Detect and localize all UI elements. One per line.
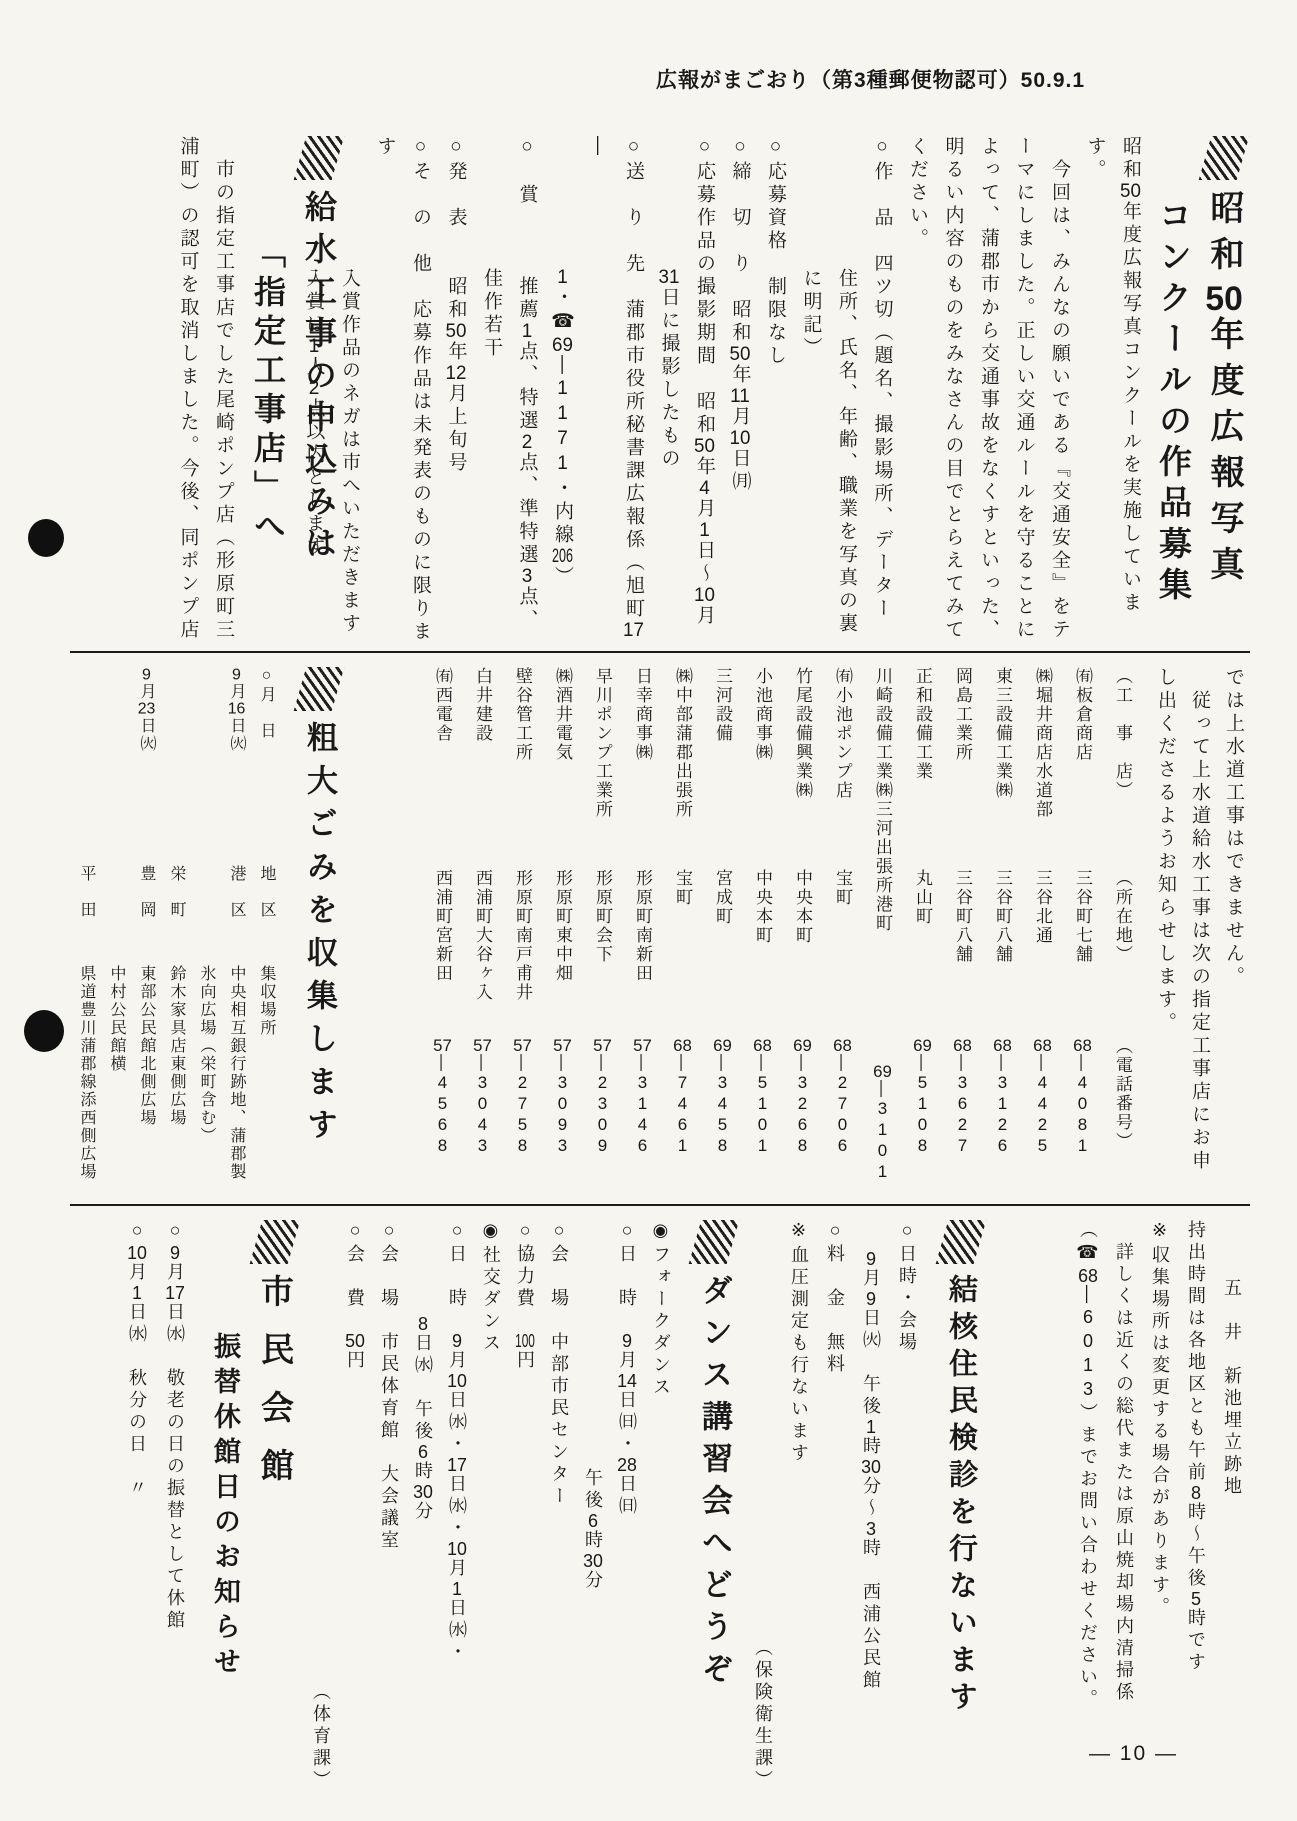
heading-line: 結核住民検診を行ないます <box>937 1220 985 1792</box>
garbage-schedule-table: ○月 日地 区集収場所9月16日㈫港 区中央相互銀行跡地、蒲郡製氷向広場（栄町含… <box>70 667 281 1192</box>
heading-line: 粗大ごみを収集します <box>293 667 345 1192</box>
cell-tel: 69—5108 <box>902 1037 942 1157</box>
cell-date <box>161 667 191 865</box>
cell-tel: （電話番号） <box>1102 1037 1142 1151</box>
contractor-row: 竹尾設備興業㈱中央本町69—3268 <box>782 667 822 1192</box>
garbage-row: 栄 町鈴木家具店東側広場 <box>161 667 191 1192</box>
text-column: ※収集場所は変更する場合があります。 <box>1142 1220 1178 1792</box>
cell-name: ㈲西電舎 <box>422 667 462 869</box>
text-column: （保険衛生課） <box>745 1220 781 1792</box>
article-civic-hall: 市民会館 振替休館日のお知らせ ○9月17日㈬ 敬老の日の振替として休館○10月… <box>70 1220 302 1792</box>
cell-loc: 形原町会下 <box>582 869 622 1037</box>
text-column: ○送 り 先 蒲郡市役所秘書課広報係（旭町17— <box>580 136 651 651</box>
contractor-table: （工 事 店）（所在地）（電話番号）㈲板倉商店三谷町七舗68—4081㈱堀井商店… <box>345 667 1142 1192</box>
cell-name: 白井建設 <box>462 667 502 869</box>
water-works-body: 市の指定工事店でした尾崎ポンプ店（形原町三浦町）の認可を取消しました。今後、同ポ… <box>70 136 241 651</box>
dance-course-body: ◉フォークダンス○日 時 9月14日㈰・28日㈰午後6時30分○会 場 中部市民… <box>302 1220 678 1792</box>
cell-name: ㈱堀井商店水道部 <box>1022 667 1062 869</box>
text-column: ○発 表 昭和50年12月上旬号 <box>438 136 474 651</box>
contractor-row: ㈱中部蒲郡出張所宝町68—7461 <box>662 667 702 1192</box>
cell-loc: 宝町 <box>662 869 702 1037</box>
cell-loc: 東部公民館北側広場 <box>131 965 161 1133</box>
text-column: では上水道工事はできません。 <box>1216 667 1250 1192</box>
cell-name: 東三設備工業㈱ <box>982 667 1022 869</box>
garbage-row: 中村公民館横 <box>101 667 131 1192</box>
cell-dist <box>101 865 131 965</box>
cell-name: ㈲小池ポンプ店 <box>822 667 862 869</box>
text-column: （☎68—6013）までお問い合わせください。 <box>1070 1220 1106 1792</box>
text-column: に明記） <box>793 136 829 651</box>
page-number: — 10 — <box>1089 1742 1178 1766</box>
text-column: 詳しくは近くの総代または原山焼却場内清掃係 <box>1106 1220 1142 1792</box>
cell-tel: 57—3146 <box>622 1037 662 1157</box>
cell-dist: 豊 岡 <box>131 865 161 965</box>
hatch-mark-icon <box>689 1220 740 1264</box>
cell-date <box>71 667 101 865</box>
cell-tel: 68—7461 <box>662 1037 702 1157</box>
text-column: ○会 場 中部市民センター <box>542 1220 576 1792</box>
heading-line: 振替休館日のお知らせ <box>202 1220 248 1792</box>
cell-name: 竹尾設備興業㈱ <box>782 667 822 869</box>
photo-contest-heading: 昭和50年度広報写真 コンクールの作品募集 <box>1148 136 1250 651</box>
cell-dist: 地 区 <box>251 865 281 965</box>
cell-tel: 68—4081 <box>1062 1037 1102 1157</box>
cell-loc: 形原町南新田 <box>622 869 662 1037</box>
text-column: 1・☎69—1171・内線206） <box>545 136 581 651</box>
text-column: ○作 品 四ツ切（題名、撮影場所、データー <box>864 136 900 651</box>
cell-tel: 57—4568 <box>422 1037 462 1157</box>
heading-text: 市民会館 <box>257 1274 294 1506</box>
cell-name: 三河設備 <box>702 667 742 869</box>
heading-text: 粗大ごみを収集します <box>302 721 337 1151</box>
article-photo-contest: 昭和50年度広報写真 コンクールの作品募集 昭和50年度広報写真コンクールを実施… <box>345 136 1250 651</box>
text-column: 浦町）の認可を取消しました。今後、同ポンプ店 <box>170 136 206 651</box>
text-column: ください。 <box>900 136 936 651</box>
cell-loc: 県道豊川蒲郡線添西側広場 <box>71 965 101 1181</box>
hatch-mark-icon <box>1199 136 1250 180</box>
cell-tel: 57—2758 <box>502 1037 542 1157</box>
masthead: 広報がまごおり（第3種郵便物認可）50.9.1 <box>656 64 1250 94</box>
cell-dist: 港 区 <box>191 865 251 965</box>
text-column: 従って上水道給水工事は次の指定工事店にお申 <box>1182 667 1216 1192</box>
cell-dist: 栄 町 <box>161 865 191 965</box>
contractor-row: （工 事 店）（所在地）（電話番号） <box>1102 667 1142 1192</box>
cell-loc: 中央相互銀行跡地、蒲郡製氷向広場（栄町含む） <box>191 965 251 1192</box>
text-column: 市の指定工事店でした尾崎ポンプ店（形原町三 <box>206 136 242 651</box>
hatch-mark-icon <box>250 1220 301 1264</box>
text-column: ○協力費 100円 <box>508 1220 542 1792</box>
cell-name: 正和設備工業 <box>902 667 942 869</box>
cell-tel: 69—3458 <box>702 1037 742 1157</box>
text-column: ○10月1日㈬ 秋分の日 〃 <box>118 1220 156 1792</box>
text-column: 入賞は1人2点以内とします <box>296 136 332 651</box>
newsletter-page: 広報がまごおり（第3種郵便物認可）50.9.1 昭和50年度広報写真 コンクール… <box>70 64 1250 1792</box>
hatch-mark-icon <box>936 1220 987 1264</box>
text-column: ○日 時 9月10日㈬・17日㈬・10月1日㈬・ <box>440 1220 474 1792</box>
text-column: 31日に撮影したもの <box>651 136 687 651</box>
cell-name: 日幸商事㈱ <box>622 667 662 869</box>
text-column: 午後6時30分 <box>576 1220 610 1792</box>
cell-loc: 三谷町七舗 <box>1062 869 1102 1037</box>
cell-name: ㈱中部蒲郡出張所 <box>662 667 702 869</box>
cell-tel: 68—2706 <box>822 1037 862 1157</box>
cell-loc: 中央本町 <box>782 869 822 1037</box>
contractor-row: 早川ポンプ工業所形原町会下57—2309 <box>582 667 622 1192</box>
cell-tel: 69—3268 <box>782 1037 822 1157</box>
civic-hall-body: ○9月17日㈬ 敬老の日の振替として休館○10月1日㈬ 秋分の日 〃 <box>70 1220 194 1792</box>
heading-text: 昭和50年度広報写真 <box>1205 190 1243 592</box>
punch-hole <box>24 1010 64 1052</box>
cell-tel: 68—3627 <box>942 1037 982 1157</box>
text-column: 今回は、みんなの願いである『交通安全』をテ <box>1042 136 1078 651</box>
heading-text: ダンス講習会へどうぞ <box>697 1274 732 1694</box>
text-column: ○締 切 り 昭和50年11月10日㈪ <box>722 136 758 651</box>
text-column: ○そ の 他 応募作品は未発表のものに限ります <box>367 136 438 651</box>
dance-course-heading: ダンス講習会へどうぞ <box>678 1220 740 1792</box>
cell-name: 早川ポンプ工業所 <box>582 667 622 869</box>
contractor-row: 日幸商事㈱形原町南新田57—3146 <box>622 667 662 1192</box>
cell-name: ㈲板倉商店 <box>1062 667 1102 869</box>
text-column: ーマにしました。正しい交通ルールを守ることに <box>1006 136 1042 651</box>
cell-loc: 西浦町宮新田 <box>422 869 462 1037</box>
text-column: ○会 場 市民体育館 大会議室 <box>372 1220 406 1792</box>
cell-dist: 平 田 <box>71 865 101 965</box>
text-column: ○応募資格 制限なし <box>758 136 794 651</box>
article-dance-course: ダンス講習会へどうぞ ◉フォークダンス○日 時 9月14日㈰・28日㈰午後6時3… <box>302 1220 740 1792</box>
contractor-row: 岡島工業所三谷町八舗68—3627 <box>942 667 982 1192</box>
cell-name: 岡島工業所 <box>942 667 982 869</box>
cell-loc: 中村公民館横 <box>101 965 131 1133</box>
cell-loc: 中央本町 <box>742 869 782 1037</box>
cell-loc: 形原町南戸甫井 <box>502 869 542 1037</box>
cell-loc: （所在地） <box>1102 869 1142 1037</box>
heading-text: 結核住民検診を行ないます <box>945 1274 977 1718</box>
civic-hall-heading: 市民会館 振替休館日のお知らせ <box>194 1220 302 1792</box>
garbage-row: ○月 日地 区集収場所 <box>251 667 281 1192</box>
cell-loc: 三谷町八舗 <box>982 869 1022 1037</box>
contractor-row: 三河設備宮成町69—3458 <box>702 667 742 1192</box>
text-column: 住所、氏名、年齢、職業を写真の裏 <box>829 136 865 651</box>
tb-checkup-body: ○日時・会場9月9日㈫ 午後1時30分～3時 西浦公民館○料 金 無料※血圧測定… <box>740 1220 925 1792</box>
garbage-schedule-continued: 五 井 新池埋立跡地持出時間は各地区とも午前8時～午後5時です※収集場所は変更す… <box>985 1220 1250 1792</box>
text-column: す。 <box>1077 136 1113 651</box>
middle-band: では上水道工事はできません。 従って上水道給水工事は次の指定工事店にお申し出くだ… <box>70 651 1250 1192</box>
text-column: ○日時・会場 <box>889 1220 925 1792</box>
heading-line: 昭和50年度広報写真 <box>1198 136 1250 651</box>
text-column: ○料 金 無料 <box>817 1220 853 1792</box>
text-column: 入賞作品のネガは市へいただきます <box>332 136 368 651</box>
text-column: ○応募作品の撮影期間 昭和50年4月1日～10月 <box>687 136 723 651</box>
contractor-row: ㈱堀井商店水道部三谷北通68—4425 <box>1022 667 1062 1192</box>
cell-loc: 丸山町 <box>902 869 942 1037</box>
cell-loc: 形原町東中畑 <box>542 869 582 1037</box>
photo-contest-body: 昭和50年度広報写真コンクールを実施しています。 今回は、みんなの願いである『交… <box>296 136 1148 651</box>
text-column: ※血圧測定も行ないます <box>781 1220 817 1792</box>
garbage-row: 9月16日㈫港 区中央相互銀行跡地、蒲郡製氷向広場（栄町含む） <box>191 667 251 1192</box>
text-column: よって、蒲郡市から交通事故をなくすといった、 <box>971 136 1007 651</box>
heading-line: 「指定工事店」へ <box>243 136 293 651</box>
cell-tel: 69—3101 <box>862 1063 902 1183</box>
cell-loc: 三谷北通 <box>1022 869 1062 1037</box>
cell-name: 壁谷管工所 <box>502 667 542 869</box>
garbage-row: 9月23日㈫豊 岡東部公民館北側広場 <box>131 667 161 1192</box>
cell-tel: 68—5101 <box>742 1037 782 1157</box>
text-column: 8日㈬ 午後6時30分 <box>406 1220 440 1792</box>
text-column: し出くださるようお知らせします。 <box>1148 667 1182 1192</box>
cell-tel: 68—4425 <box>1022 1037 1062 1157</box>
contractor-row: 正和設備工業丸山町69—5108 <box>902 667 942 1192</box>
bulk-garbage-heading: 粗大ごみを収集します <box>281 667 345 1192</box>
cell-date: 9月16日㈫ <box>191 667 251 865</box>
text-column: ○会 費 50円 <box>338 1220 372 1792</box>
cell-loc: 港町 <box>862 895 902 1063</box>
text-column: ○9月17日㈬ 敬老の日の振替として休館 <box>156 1220 194 1792</box>
contractor-row: 小池商事㈱中央本町68—5101 <box>742 667 782 1192</box>
cell-name: 川崎設備工業㈱三河出張所 <box>862 667 902 895</box>
cell-name: （工 事 店） <box>1102 667 1142 869</box>
text-column: 五 井 新池埋立跡地 <box>1214 1220 1250 1792</box>
contractor-row: 東三設備工業㈱三谷町八舗68—3126 <box>982 667 1022 1192</box>
contractor-row: 川崎設備工業㈱三河出張所港町69—3101 <box>862 667 902 1192</box>
cell-date <box>101 667 131 865</box>
contractor-row: ㈲西電舎西浦町宮新田57—4568 <box>422 667 462 1192</box>
cell-loc: 西浦町大谷ヶ入 <box>462 869 502 1037</box>
contractor-row: 壁谷管工所形原町南戸甫井57—2758 <box>502 667 542 1192</box>
cell-loc: 三谷町八舗 <box>942 869 982 1037</box>
cell-date: 9月23日㈫ <box>131 667 161 865</box>
cell-tel: 57—2309 <box>582 1037 622 1157</box>
text-column: 佳作若干 <box>474 136 510 651</box>
text-column: 持出時間は各地区とも午前8時～午後5時です <box>1178 1220 1214 1792</box>
top-band: 昭和50年度広報写真 コンクールの作品募集 昭和50年度広報写真コンクールを実施… <box>70 136 1250 651</box>
cell-name: ㈱酒井電気 <box>542 667 582 869</box>
cell-date: ○月 日 <box>251 667 281 865</box>
cell-loc: 宝町 <box>822 869 862 1037</box>
text-column: ◉社交ダンス <box>474 1220 508 1792</box>
cell-tel: 57—3043 <box>462 1037 502 1157</box>
tb-checkup-heading: 結核住民検診を行ないます <box>925 1220 985 1792</box>
punch-hole <box>28 519 64 557</box>
article-contractor-list: では上水道工事はできません。 従って上水道給水工事は次の指定工事店にお申し出くだ… <box>345 667 1250 1192</box>
cell-loc: 宮成町 <box>702 869 742 1037</box>
contractor-row: ㈲板倉商店三谷町七舗68—4081 <box>1062 667 1102 1192</box>
heading-line: ダンス講習会へどうぞ <box>688 1220 740 1792</box>
contractor-intro: では上水道工事はできません。 従って上水道給水工事は次の指定工事店にお申し出くだ… <box>1142 667 1250 1192</box>
cell-name: 小池商事㈱ <box>742 667 782 869</box>
article-bulk-garbage: 粗大ごみを収集します ○月 日地 区集収場所9月16日㈫港 区中央相互銀行跡地、… <box>70 667 345 1192</box>
bottom-band: 五 井 新池埋立跡地持出時間は各地区とも午前8時～午後5時です※収集場所は変更す… <box>70 1204 1250 1792</box>
garbage-row: 平 田県道豊川蒲郡線添西側広場 <box>71 667 101 1192</box>
text-column: ○日 時 9月14日㈰・28日㈰ <box>610 1220 644 1792</box>
cell-loc: 鈴木家具店東側広場 <box>161 965 191 1133</box>
text-column: ◉フォークダンス <box>644 1220 678 1792</box>
contractor-row: ㈱酒井電気形原町東中畑57—3093 <box>542 667 582 1192</box>
heading-line: コンクールの作品募集 <box>1148 136 1198 651</box>
article-tb-checkup: 結核住民検診を行ないます ○日時・会場9月9日㈫ 午後1時30分～3時 西浦公民… <box>740 1220 985 1792</box>
cell-tel: 68—3126 <box>982 1037 1022 1157</box>
text-column: 9月9日㈫ 午後1時30分～3時 西浦公民館 <box>853 1220 889 1792</box>
contractor-row: ㈲小池ポンプ店宝町68—2706 <box>822 667 862 1192</box>
text-column: （体育課） <box>304 1220 338 1792</box>
text-column: 昭和50年度広報写真コンクールを実施していま <box>1113 136 1149 651</box>
heading-line: 市民会館 <box>248 1220 302 1792</box>
text-column: 明るい内容のものをみなさんの目でとらえてみて <box>935 136 971 651</box>
text-column: ○ 賞 推薦1点、特選2点、準特選3点、 <box>509 136 545 651</box>
cell-loc: 集収場所 <box>251 965 281 1133</box>
contractor-row: 白井建設西浦町大谷ヶ入57—3043 <box>462 667 502 1192</box>
cell-tel: 57—3093 <box>542 1037 582 1157</box>
hatch-mark-icon <box>294 667 345 711</box>
